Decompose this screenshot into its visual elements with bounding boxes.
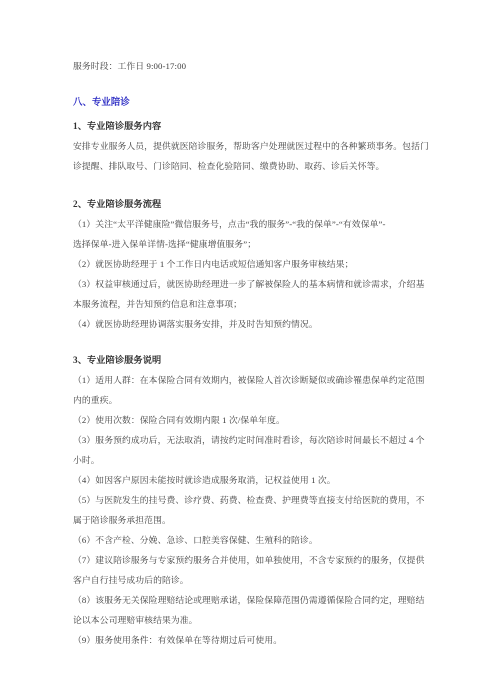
paragraph: （4）就医协助经理协调落实服务安排，并及时告知预约情况。	[73, 314, 427, 334]
paragraph: （1）关注“太平洋健康险”微信服务号，点击“我的服务”-“我的保单”-“有效保单…	[73, 214, 427, 254]
paragraph: （2）使用次数：保险合同有效期内限 1 次/保单年度。	[73, 410, 427, 430]
paragraph: （5）与医院发生的挂号费、诊疗费、药费、检查费、护理费等直接支付给医院的费用，不…	[73, 490, 427, 530]
paragraph: （4）如因客户原因未能按时就诊造成服务取消，记权益使用 1 次。	[73, 470, 427, 490]
paragraph: （3）服务预约成功后，无法取消，请按约定时间准时看诊，每次陪诊时间最长不超过 4…	[73, 430, 427, 470]
paragraph: （7）建议陪诊服务与专家预约服务合并使用，如单独使用，不含专家预约的服务，仅提供…	[73, 550, 427, 590]
subsection-2-body: （1）关注“太平洋健康险”微信服务号，点击“我的服务”-“我的保单”-“有效保单…	[73, 214, 427, 334]
subsection-2-heading: 2、专业陪诊服务流程	[73, 194, 427, 214]
subsection-1-heading: 1、专业陪诊服务内容	[73, 116, 427, 136]
paragraph: 安排专业服务人员，提供就医陪诊服务，帮助客户处理就医过程中的各种繁琐事务。包括门…	[73, 136, 427, 176]
service-hours-text: 服务时段：工作日 9:00-17:00	[73, 56, 427, 76]
subsection-3-body: （1）适用人群：在本保险合同有效期内，被保险人首次诊断疑似或确诊罹患保单约定范围…	[73, 370, 427, 650]
subsection-3-heading: 3、专业陪诊服务说明	[73, 350, 427, 370]
section-heading: 八、专业陪诊	[73, 93, 427, 113]
paragraph: （6）不含产检、分娩、急诊、口腔美容保健、生殖科的陪诊。	[73, 530, 427, 550]
paragraph: （8）该服务无关保险理赔结论或理赔承诺，保险保障范围仍需遵循保险合同约定，理赔结…	[73, 590, 427, 630]
document-content: 服务时段：工作日 9:00-17:00 八、专业陪诊 1、专业陪诊服务内容 安排…	[73, 56, 427, 650]
paragraph: （3）权益审核通过后，就医协助经理进一步了解被保险人的基本病情和就诊需求，介绍基…	[73, 274, 427, 314]
document-page: 服务时段：工作日 9:00-17:00 八、专业陪诊 1、专业陪诊服务内容 安排…	[0, 0, 495, 700]
paragraph: （2）就医协助经理于 1 个工作日内电话或短信通知客户服务审核结果；	[73, 254, 427, 274]
paragraph: （9）服务使用条件：有效保单在等待期过后可使用。	[73, 630, 427, 650]
paragraph: （1）适用人群：在本保险合同有效期内，被保险人首次诊断疑似或确诊罹患保单约定范围…	[73, 370, 427, 410]
subsection-1-body: 安排专业服务人员，提供就医陪诊服务，帮助客户处理就医过程中的各种繁琐事务。包括门…	[73, 136, 427, 176]
